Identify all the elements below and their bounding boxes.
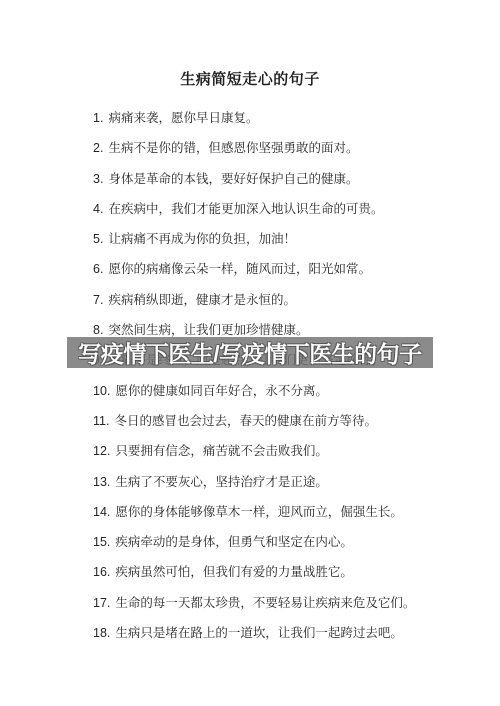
watermark-text: 写疫情下医生/写疫情下医生的句子 xyxy=(78,336,421,369)
list-item: 3.身体是革命的本钱，要好好保护自己的健康。 xyxy=(93,164,480,194)
list-item: 14.愿你的身体能够像草木一样，迎风而立，倔强生长。 xyxy=(93,497,480,527)
item-number: 18. xyxy=(93,626,110,640)
item-text: 愿你的身体能够像草木一样，迎风而立，倔强生长。 xyxy=(115,505,403,519)
item-number: 5. xyxy=(93,232,103,246)
document-page: 生病简短走心的句子 1.病痛来袭，愿你早日康复。 2.生病不是你的错，但感恩你坚… xyxy=(0,0,500,706)
item-text: 生病了不要灰心，坚持治疗才是正途。 xyxy=(115,475,328,489)
list-item: 6.愿你的病痛像云朵一样，随风而过，阳光如常。 xyxy=(93,254,480,284)
item-text: 愿你的健康如同百年好合，永不分离。 xyxy=(115,384,328,398)
item-text: 愿你的病痛像云朵一样，随风而过，阳光如常。 xyxy=(108,262,371,276)
item-text: 病痛来袭，愿你早日康复。 xyxy=(108,111,258,125)
item-number: 8. xyxy=(93,323,103,337)
item-text: 生病只是堵在路上的一道坎，让我们一起跨过去吧。 xyxy=(115,626,403,640)
list-item: 13.生病了不要灰心，坚持治疗才是正途。 xyxy=(93,467,480,497)
list-item: 12.只要拥有信念，痛苦就不会击败我们。 xyxy=(93,436,480,466)
item-text: 疾病牵动的是身体，但勇气和坚定在内心。 xyxy=(115,535,353,549)
list-item: 10.愿你的健康如同百年好合，永不分离。 xyxy=(93,376,480,406)
watermark-banner: 写疫情下医生/写疫情下医生的句子 xyxy=(67,337,433,368)
item-number: 7. xyxy=(93,293,103,307)
item-number: 6. xyxy=(93,262,103,276)
item-text: 让病痛不再成为你的负担，加油！ xyxy=(108,232,296,246)
item-text: 疾病稍纵即逝，健康才是永恒的。 xyxy=(108,293,296,307)
item-number: 1. xyxy=(93,111,103,125)
list-item: 7.疾病稍纵即逝，健康才是永恒的。 xyxy=(93,285,480,315)
list-item: 5.让病痛不再成为你的负担，加油！ xyxy=(93,224,480,254)
item-number: 17. xyxy=(93,596,110,610)
list-item: 17.生命的每一天都太珍贵，不要轻易让疾病来危及它们。 xyxy=(93,588,480,618)
list-item: 18.生病只是堵在路上的一道坎，让我们一起跨过去吧。 xyxy=(93,618,480,648)
item-text: 身体是革命的本钱，要好好保护自己的健康。 xyxy=(108,172,358,186)
item-number: 3. xyxy=(93,172,103,186)
list-item: 16.疾病虽然可怕，但我们有爱的力量战胜它。 xyxy=(93,557,480,587)
item-number: 12. xyxy=(93,444,110,458)
item-text: 在疾病中，我们才能更加深入地认识生命的可贵。 xyxy=(108,202,383,216)
item-text: 冬日的感冒也会过去，春天的健康在前方等待。 xyxy=(114,414,377,428)
page-title: 生病简短走心的句子 xyxy=(0,68,500,89)
list-item: 4.在疾病中，我们才能更加深入地认识生命的可贵。 xyxy=(93,194,480,224)
item-number: 16. xyxy=(93,565,110,579)
item-text: 突然间生病，让我们更加珍惜健康。 xyxy=(108,323,308,337)
item-number: 15. xyxy=(93,535,110,549)
item-number: 13. xyxy=(93,475,110,489)
item-text: 疾病虽然可怕，但我们有爱的力量战胜它。 xyxy=(115,565,353,579)
list-item: 11.冬日的感冒也会过去，春天的健康在前方等待。 xyxy=(93,406,480,436)
item-number: 4. xyxy=(93,202,103,216)
list-item: 15.疾病牵动的是身体，但勇气和坚定在内心。 xyxy=(93,527,480,557)
list-item: 1.病痛来袭，愿你早日康复。 xyxy=(93,103,480,133)
item-text: 只要拥有信念，痛苦就不会击败我们。 xyxy=(115,444,328,458)
item-text: 生病不是你的错，但感恩你坚强勇敢的面对。 xyxy=(108,141,358,155)
item-number: 14. xyxy=(93,505,110,519)
item-number: 2. xyxy=(93,141,103,155)
item-number: 11. xyxy=(93,414,109,428)
list-item: 2.生病不是你的错，但感恩你坚强勇敢的面对。 xyxy=(93,133,480,163)
sentence-list: 1.病痛来袭，愿你早日康复。 2.生病不是你的错，但感恩你坚强勇敢的面对。 3.… xyxy=(93,103,480,648)
item-number: 10. xyxy=(93,384,110,398)
item-text: 生命的每一天都太珍贵，不要轻易让疾病来危及它们。 xyxy=(115,596,415,610)
